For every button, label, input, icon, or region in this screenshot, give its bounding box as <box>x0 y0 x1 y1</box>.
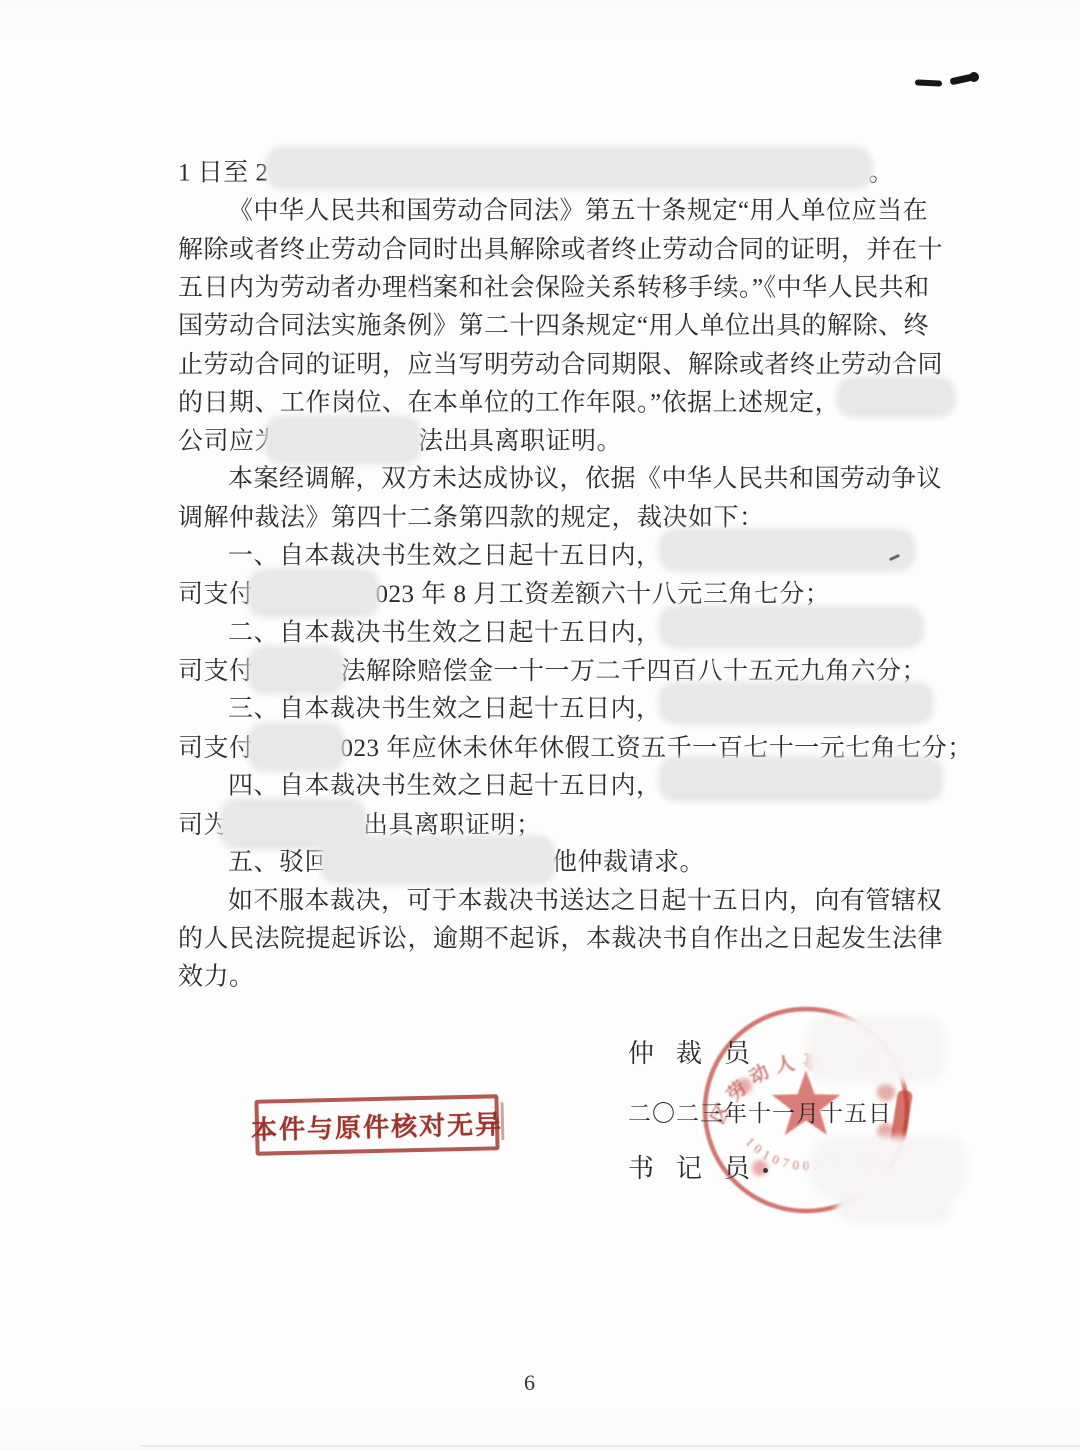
line-text: 司支付 <box>178 735 255 762</box>
document-line: 司支付023 年 8 月工资差额六十八元三角七分； <box>178 574 830 612</box>
redaction-mark <box>662 532 912 568</box>
document-line: 《中华人民共和国劳动合同法》第五十条规定“用人单位应当在 <box>178 191 928 229</box>
line-text: 。 <box>869 159 895 186</box>
redaction-mark <box>268 419 418 461</box>
line-text: 的人民法院提起诉讼，逾期不起诉，本裁决书自作出之日起发生法律 <box>178 925 943 952</box>
redaction-mark <box>324 839 552 881</box>
line-text: 调解仲裁法》第四十二条第四款的规定，裁决如下： <box>178 504 765 531</box>
line-text: 他仲裁请求。 <box>552 849 705 876</box>
scan-edge-line <box>140 1445 1080 1447</box>
document-line: 1 日至 2。 <box>178 153 894 191</box>
document-line: 的人民法院提起诉讼，逾期不起诉，本裁决书自作出之日起发生法律 <box>178 919 943 957</box>
line-text: 止劳动合同的证明，应当写明劳动合同期限、解除或者终止劳动合同 <box>178 351 943 378</box>
redaction-mark <box>662 609 920 645</box>
line-text: 本案经调解，双方未达成协议，依据《中华人民共和国劳动争议 <box>228 466 942 493</box>
ink-dot <box>763 1168 768 1173</box>
document-line: 四、自本裁决书生效之日起十五日内， <box>178 766 940 804</box>
document-line: 三、自本裁决书生效之日起十五日内， <box>178 689 930 727</box>
arbitrator-label: 仲裁员 <box>628 1033 772 1070</box>
redaction-mark <box>662 760 940 798</box>
document-line: 公司应为法出具离职证明。 <box>178 421 622 459</box>
document-line: 司支付法解除赔偿金一十一万二千四百八十五元九角六分； <box>178 651 927 689</box>
document-line: 调解仲裁法》第四十二条第四款的规定，裁决如下： <box>178 498 765 536</box>
line-text: 司支付 <box>178 581 255 608</box>
document-line: 如不服本裁决，可于本裁决书送达之日起十五日内，向有管辖权 <box>178 881 942 919</box>
line-text: 解除或者终止劳动合同时出具解除或者终止劳动合同的证明，并在十 <box>178 236 943 263</box>
redaction-mark <box>662 685 930 721</box>
line-text: 023 年 8 月工资差额六十八元三角七分； <box>376 581 831 608</box>
line-text: 的日期、工作岗位、在本单位的工作年限。”依据上述规定， <box>178 389 840 416</box>
document-line: 国劳动合同法实施条例》第二十四条规定“用人单位出具的解除、终 <box>178 306 929 344</box>
line-text: 三、自本裁决书生效之日起十五日内， <box>228 695 662 722</box>
line-text: 法解除赔偿金一十一万二千四百八十五元九角六分； <box>341 658 928 685</box>
line-text: 《中华人民共和国劳动合同法》第五十条规定“用人单位应当在 <box>228 198 928 225</box>
award-date: 二〇二三年十一月十五日 <box>628 1095 892 1128</box>
line-text: 如不服本裁决，可于本裁决书送达之日起十五日内，向有管辖权 <box>228 887 942 914</box>
redaction-mark <box>251 726 341 768</box>
redaction-seal-area <box>842 1178 947 1218</box>
redaction-mark <box>269 150 869 186</box>
seal-ink-smudge <box>890 1089 913 1145</box>
line-text: 司支付 <box>178 658 255 685</box>
line-text: 1 日至 2 <box>178 159 269 186</box>
page-number: 6 <box>524 1370 535 1396</box>
line-text: 四、自本裁决书生效之日起十五日内， <box>228 772 662 799</box>
line-text: 司为 <box>178 812 229 839</box>
line-text: 出具离职证明； <box>363 812 542 839</box>
verification-stamp: 本件与原件核对无异 <box>254 1094 499 1156</box>
document-line: 效力。 <box>178 957 255 995</box>
document-body: 1 日至 2。《中华人民共和国劳动合同法》第五十条规定“用人单位应当在解除或者终… <box>0 0 1080 1451</box>
line-text: 二、自本裁决书生效之日起十五日内， <box>228 619 662 646</box>
line-text: 五、驳回 <box>228 849 330 876</box>
document-line: 一、自本裁决书生效之日起十五日内， <box>178 536 912 574</box>
document-line: 本案经调解，双方未达成协议，依据《中华人民共和国劳动争议 <box>178 459 942 497</box>
line-text: 公司应为 <box>178 428 280 455</box>
line-text: 效力。 <box>178 964 255 991</box>
document-line: 二、自本裁决书生效之日起十五日内， <box>178 613 920 651</box>
document-line: 五日内为劳动者办理档案和社会保险关系转移手续。”《中华人民共和 <box>178 268 930 306</box>
document-line: 解除或者终止劳动合同时出具解除或者终止劳动合同的证明，并在十 <box>178 230 943 268</box>
verification-stamp-text: 本件与原件核对无异 <box>251 1104 504 1147</box>
line-text: 法出具离职证明。 <box>418 428 622 455</box>
pen-dot-icon <box>969 72 979 82</box>
redaction-arbitrator-name <box>812 1022 940 1077</box>
document-line: 的日期、工作岗位、在本单位的工作年限。”依据上述规定， <box>178 383 952 421</box>
redaction-mark <box>251 649 341 691</box>
document-line: 止劳动合同的证明，应当写明劳动合同期限、解除或者终止劳动合同 <box>178 345 943 383</box>
document-line: 五、驳回他仲裁请求。 <box>178 842 705 880</box>
line-text: 五日内为劳动者办理档案和社会保险关系转移手续。”《中华人民共和 <box>178 274 930 301</box>
line-text: 国劳动合同法实施条例》第二十四条规定“用人单位出具的解除、终 <box>178 312 929 339</box>
line-text: 023 年应休未休年休假工资五千一百七十一元七角七分； <box>341 735 973 762</box>
redaction-mark <box>251 572 376 614</box>
scanned-document: { "page": { "number": "6" }, "document":… <box>0 0 1080 1451</box>
line-text: 一、自本裁决书生效之日起十五日内， <box>228 542 662 569</box>
clerk-label: 书记员 <box>628 1148 772 1185</box>
redaction-mark <box>840 380 952 414</box>
document-line: 司为出具离职证明； <box>178 804 542 842</box>
